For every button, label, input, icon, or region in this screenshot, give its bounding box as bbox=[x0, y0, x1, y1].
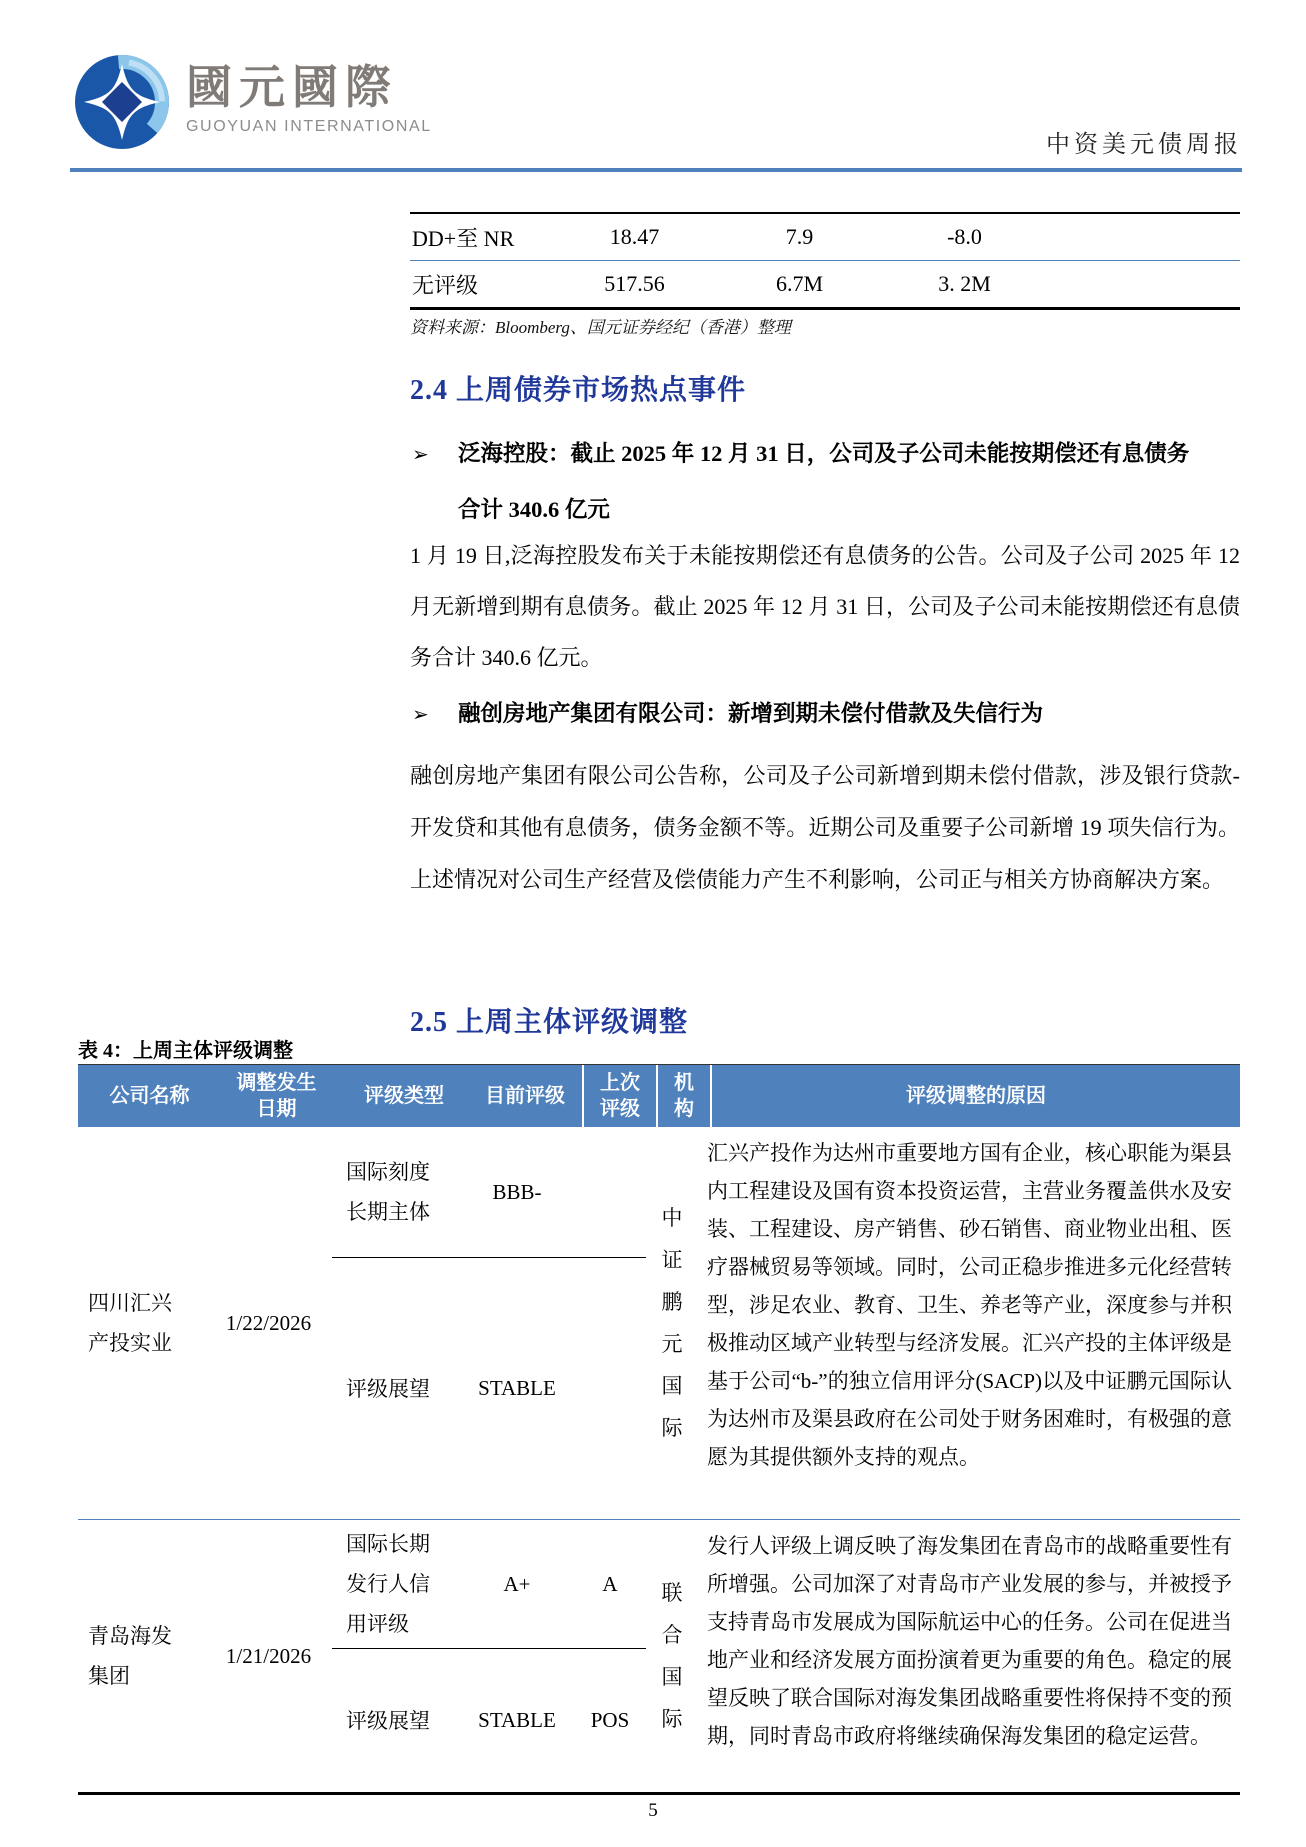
header-rule bbox=[70, 168, 1242, 172]
table-row-sichuan-huixing: 四川汇兴产投实业 1/22/2026 国际刻度长期主体 BBB- 评级展望 ST… bbox=[78, 1127, 1240, 1520]
paragraph-fanhai: 1 月 19 日,泛海控股发布关于未能按期偿还有息债务的公告。公司及子公司 20… bbox=[410, 530, 1240, 683]
row-value: 7.9 bbox=[717, 224, 882, 250]
table-row-qingdao-haifa: 青岛海发集团 1/21/2026 国际长期发行人信用评级 A+ A 评级展望 S… bbox=[78, 1520, 1240, 1792]
col-header-reason: 评级调整的原因 bbox=[710, 1065, 1240, 1127]
rating-type-cell: 评级展望 bbox=[332, 1701, 460, 1741]
rating-type-cell: 国际刻度长期主体 bbox=[332, 1152, 460, 1232]
logo-text: 國元國際 GUOYUAN INTERNATIONAL bbox=[186, 52, 432, 136]
last-rating-cell: POS bbox=[574, 1708, 646, 1733]
guoyuan-logo-icon bbox=[72, 52, 172, 152]
col-header-date: 调整发生日期 bbox=[213, 1065, 340, 1127]
section-title-2-5: 2.5 上周主体评级调整 bbox=[410, 1000, 1240, 1040]
agency-cell: 联合国际 bbox=[646, 1520, 698, 1792]
rating-adjustment-table: 公司名称 调整发生日期 评级类型 目前评级 上次评级 机构 评级调整的原因 四川… bbox=[78, 1064, 1240, 1795]
current-rating-cell: BBB- bbox=[460, 1180, 574, 1205]
adjust-date-cell: 1/21/2026 bbox=[205, 1520, 332, 1792]
rating-subtable: 国际刻度长期主体 BBB- 评级展望 STABLE bbox=[332, 1127, 646, 1519]
col-header-company: 公司名称 bbox=[78, 1065, 213, 1127]
table4-caption: 表 4：上周主体评级调整 bbox=[78, 1034, 293, 1063]
rating-subrow: 国际长期发行人信用评级 A+ A bbox=[332, 1520, 646, 1649]
reason-cell: 汇兴产投作为达州市重要地方国有企业，核心职能为渠县内工程建设及国有资本投资运营，… bbox=[698, 1127, 1240, 1519]
rating-type-cell: 评级展望 bbox=[332, 1369, 460, 1409]
paragraph-sunac: 融创房地产集团有限公司公告称，公司及子公司新增到期未偿付借款，涉及银行贷款-开发… bbox=[410, 750, 1240, 906]
bullet-line: 泛海控股：截止 2025 年 12 月 31 日，公司及子公司未能按期偿还有息债… bbox=[458, 426, 1242, 482]
bullet-item-sunac: ➢ 融创房地产集团有限公司：新增到期未偿付借款及失信行为 bbox=[412, 686, 1242, 742]
bullet-text: 融创房地产集团有限公司：新增到期未偿付借款及失信行为 bbox=[458, 686, 1242, 742]
row-label: DD+至 NR bbox=[410, 222, 552, 253]
current-rating-cell: STABLE bbox=[460, 1708, 574, 1733]
current-rating-cell: A+ bbox=[460, 1572, 574, 1597]
agency-cell: 中证鹏元国际 bbox=[646, 1127, 698, 1519]
report-page: 國元國際 GUOYUAN INTERNATIONAL 中资美元债周报 DD+至 … bbox=[0, 0, 1306, 1847]
bullet-text: 泛海控股：截止 2025 年 12 月 31 日，公司及子公司未能按期偿还有息债… bbox=[458, 426, 1242, 538]
rating-flow-table: DD+至 NR 18.47 7.9 -8.0 无评级 517.56 6.7M 3… bbox=[410, 212, 1240, 310]
company-name-cell: 四川汇兴产投实业 bbox=[78, 1127, 205, 1519]
document-title: 中资美元债周报 bbox=[1046, 124, 1242, 159]
rating-subrow: 国际刻度长期主体 BBB- bbox=[332, 1127, 646, 1258]
table-row: 无评级 517.56 6.7M 3. 2M bbox=[410, 261, 1240, 307]
col-header-current: 目前评级 bbox=[468, 1065, 582, 1127]
row-value: 3. 2M bbox=[882, 271, 1047, 297]
col-header-type: 评级类型 bbox=[340, 1065, 468, 1127]
adjust-date-cell: 1/22/2026 bbox=[205, 1127, 332, 1519]
bullet-line: 融创房地产集团有限公司：新增到期未偿付借款及失信行为 bbox=[458, 686, 1242, 742]
logo-cn-text: 國元國際 bbox=[186, 64, 432, 112]
arrow-bullet-icon: ➢ bbox=[412, 686, 458, 742]
page-number: 5 bbox=[0, 1800, 1306, 1822]
guoyuan-logo: 國元國際 GUOYUAN INTERNATIONAL bbox=[72, 52, 432, 152]
reason-cell: 发行人评级上调反映了海发集团在青岛市的战略重要性有所增强。公司加深了对青岛市产业… bbox=[698, 1520, 1240, 1792]
row-label: 无评级 bbox=[410, 269, 552, 300]
col-header-agency: 机构 bbox=[656, 1065, 710, 1127]
row-value: 517.56 bbox=[552, 271, 717, 297]
company-name-cell: 青岛海发集团 bbox=[78, 1520, 205, 1792]
last-rating-cell: A bbox=[574, 1572, 646, 1597]
col-header-last: 上次评级 bbox=[582, 1065, 656, 1127]
bullet-item-fanhai: ➢ 泛海控股：截止 2025 年 12 月 31 日，公司及子公司未能按期偿还有… bbox=[412, 426, 1242, 538]
section-title-2-4: 2.4 上周债券市场热点事件 bbox=[410, 368, 1240, 408]
current-rating-cell: STABLE bbox=[460, 1376, 574, 1401]
table-row: DD+至 NR 18.47 7.9 -8.0 bbox=[410, 214, 1240, 261]
row-value: 6.7M bbox=[717, 271, 882, 297]
rating-subrow: 评级展望 STABLE bbox=[332, 1258, 646, 1519]
rating-subrow: 评级展望 STABLE POS bbox=[332, 1649, 646, 1792]
row-value: 18.47 bbox=[552, 224, 717, 250]
logo-en-text: GUOYUAN INTERNATIONAL bbox=[186, 118, 432, 136]
row-value: -8.0 bbox=[882, 224, 1047, 250]
table4-header-row: 公司名称 调整发生日期 评级类型 目前评级 上次评级 机构 评级调整的原因 bbox=[78, 1065, 1240, 1127]
data-source-note: 资料来源：Bloomberg、国元证券经纪（香港）整理 bbox=[410, 313, 1240, 338]
arrow-bullet-icon: ➢ bbox=[412, 426, 458, 482]
rating-type-cell: 国际长期发行人信用评级 bbox=[332, 1524, 460, 1644]
rating-subtable: 国际长期发行人信用评级 A+ A 评级展望 STABLE POS bbox=[332, 1520, 646, 1792]
